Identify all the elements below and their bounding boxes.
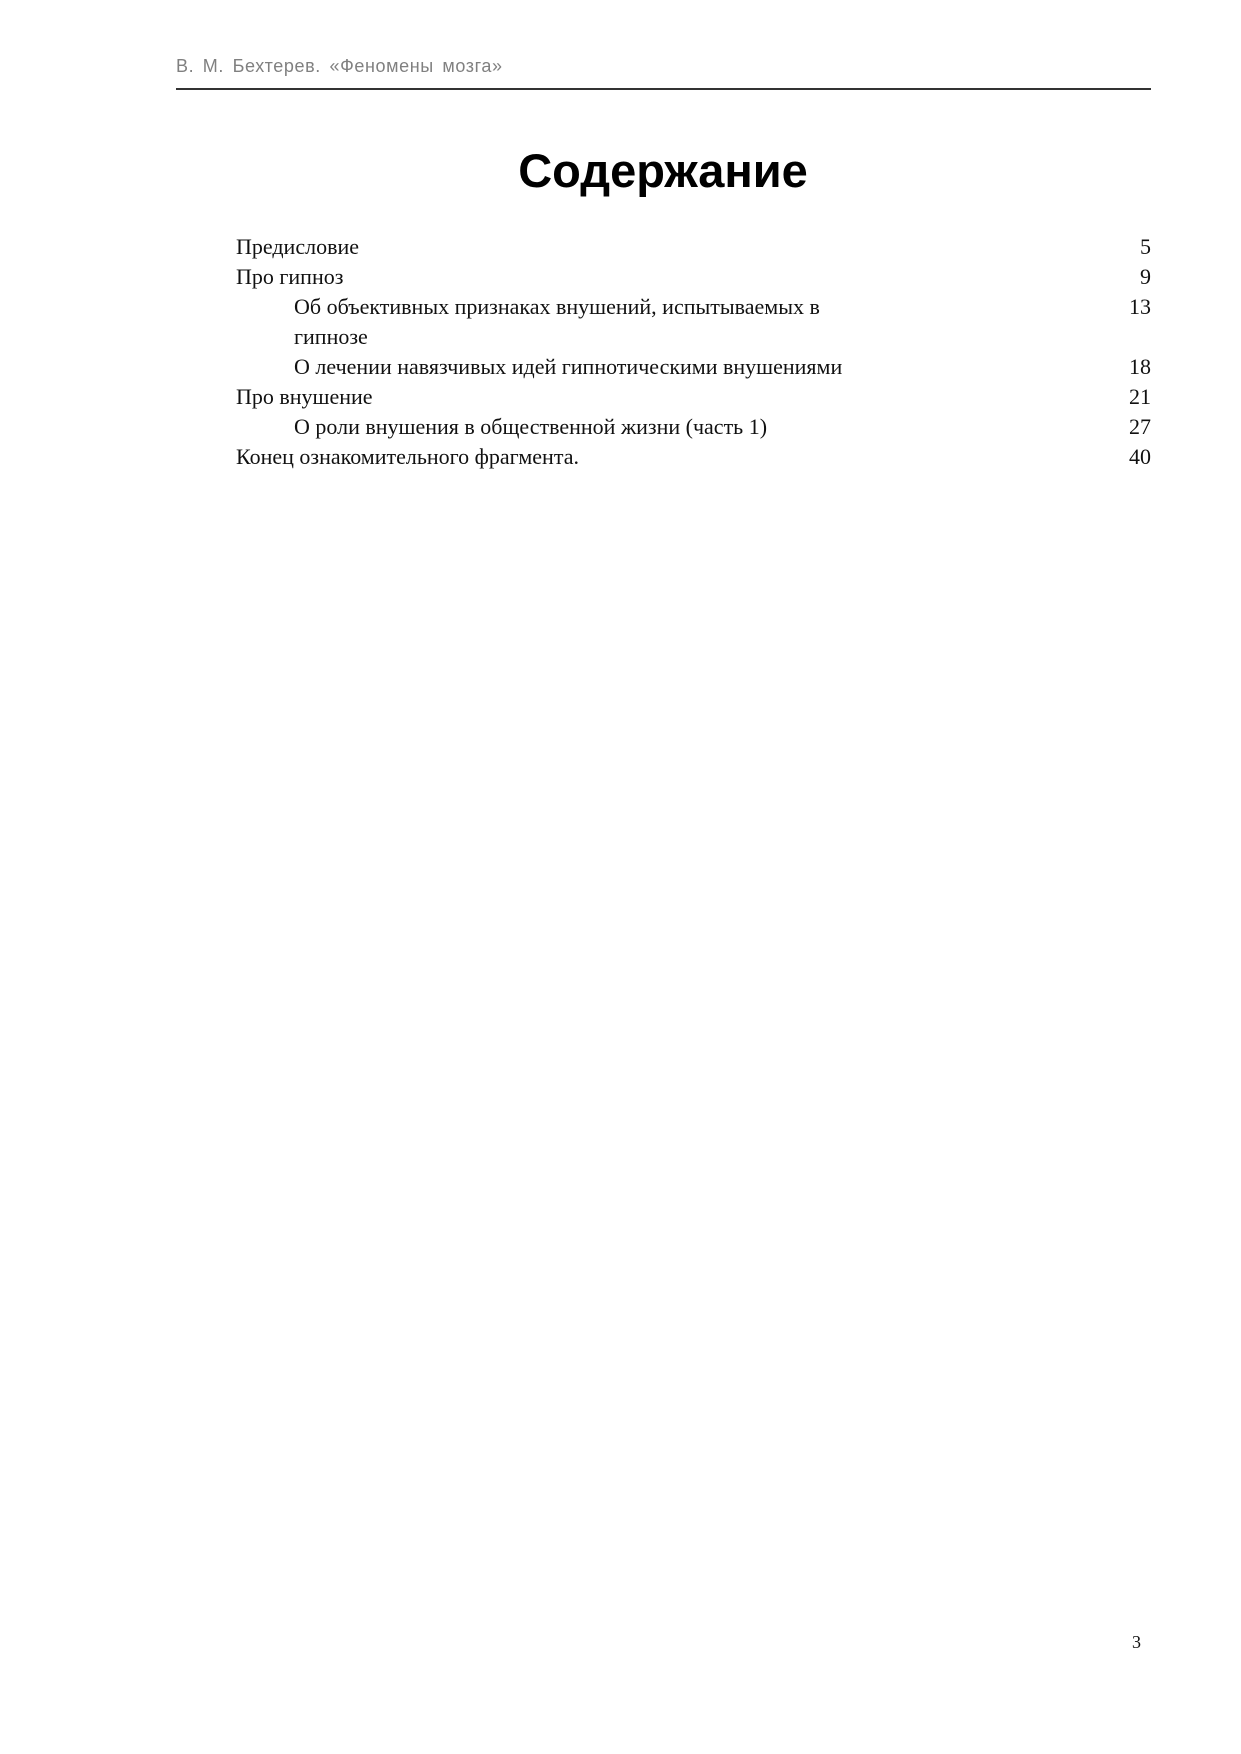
toc-entry-page: 21 — [1091, 382, 1151, 412]
running-header: В. М. Бехтерев. «Феномены мозга» — [176, 56, 503, 77]
toc-entry[interactable]: Предисловие 5 — [236, 232, 1151, 262]
toc-entry-label: Про гипноз — [236, 262, 1091, 292]
toc-entry[interactable]: Конец ознакомительного фрагмента. 40 — [236, 442, 1151, 472]
page-title: Содержание — [0, 143, 1241, 198]
toc-entry-label: Конец ознакомительного фрагмента. — [236, 442, 1091, 472]
toc-entry-label: Предисловие — [236, 232, 1091, 262]
toc-entry[interactable]: Про внушение 21 — [236, 382, 1151, 412]
toc-entry-page: 18 — [1091, 352, 1151, 382]
toc-entry-page: 9 — [1091, 262, 1151, 292]
header-divider — [176, 88, 1151, 90]
toc-entry-page: 5 — [1091, 232, 1151, 262]
toc-entry[interactable]: Об объективных признаках внушений, испыт… — [236, 292, 1151, 352]
toc-entry[interactable]: О роли внушения в общественной жизни (ча… — [236, 412, 1151, 442]
toc-entry-page: 27 — [1091, 412, 1151, 442]
toc-entry[interactable]: О лечении навязчивых идей гипнотическими… — [236, 352, 1151, 382]
toc-entry-label: О роли внушения в общественной жизни (ча… — [236, 412, 1091, 442]
toc-entry[interactable]: Про гипноз 9 — [236, 262, 1151, 292]
toc-entry-page: 13 — [1091, 292, 1151, 322]
toc-entry-label: О лечении навязчивых идей гипнотическими… — [236, 352, 1091, 382]
toc-entry-label: Об объективных признаках внушений, испыт… — [236, 292, 1091, 352]
toc-entry-page: 40 — [1091, 442, 1151, 472]
toc-entry-label: Про внушение — [236, 382, 1091, 412]
page-number: 3 — [1132, 1632, 1141, 1653]
table-of-contents: Предисловие 5 Про гипноз 9 Об объективны… — [236, 232, 1151, 472]
